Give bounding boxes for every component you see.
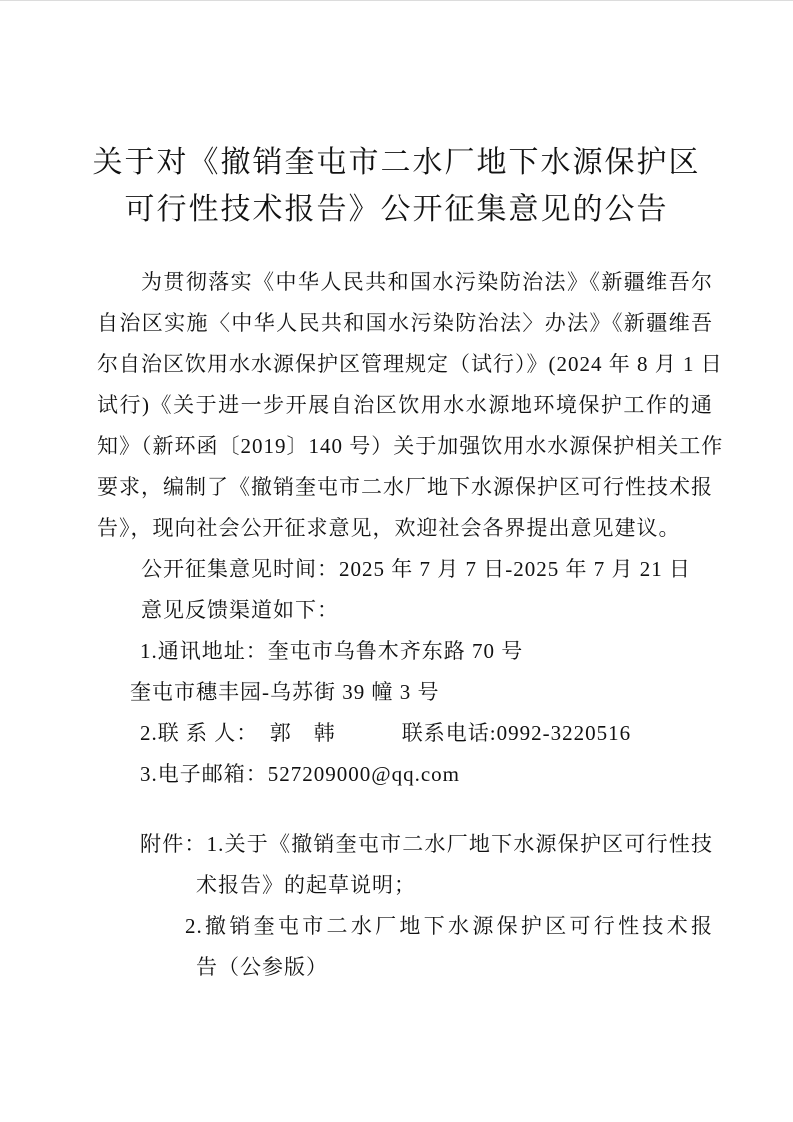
document-page: 关于对《撤销奎屯市二水厂地下水源保护区 可行性技术报告》公开征集意见的公告 为贯… — [0, 0, 793, 1122]
collection-period-line: 公开征集意见时间：2025 年 7 月 7 日-2025 年 7 月 21 日 — [97, 549, 713, 590]
attachment-line-4: 告（公参版） — [196, 947, 713, 988]
body-paragraph-line: 告》，现向社会公开征求意见，欢迎社会各界提出意见建议。 — [97, 508, 713, 549]
body-paragraph-line: 尔自治区饮用水水源保护区管理规定（试行）》(2024 年 8 月 1 日 — [97, 344, 713, 385]
notice-title-line-2: 可行性技术报告》公开征集意见的公告 — [0, 186, 793, 233]
body-paragraph-line: 自治区实施〈中华人民共和国水污染防治法〉办法》《新疆维吾 — [97, 303, 713, 344]
mailing-address-line-2: 奎屯市穗丰园-乌苏街 39 幢 3 号 — [130, 672, 713, 713]
notice-title: 关于对《撤销奎屯市二水厂地下水源保护区 可行性技术报告》公开征集意见的公告 — [0, 139, 793, 233]
feedback-channels-line: 意见反馈渠道如下： — [97, 590, 713, 631]
body-paragraph-line: 为贯彻落实《中华人民共和国水污染防治法》《新疆维吾尔 — [97, 262, 713, 303]
email-line: 3.电子邮箱：527209000@qq.com — [140, 754, 713, 795]
attachment-line-1: 附件：1.关于《撤销奎屯市二水厂地下水源保护区可行性技 — [140, 824, 713, 865]
mailing-address-line-1: 1.通讯地址：奎屯市乌鲁木齐东路 70 号 — [140, 631, 713, 672]
notice-body: 为贯彻落实《中华人民共和国水污染防治法》《新疆维吾尔 自治区实施〈中华人民共和国… — [97, 262, 713, 988]
notice-title-line-1: 关于对《撤销奎屯市二水厂地下水源保护区 — [0, 139, 793, 186]
body-paragraph-line: 知》（新环函〔2019〕140 号）关于加强饮用水水源保护相关工作 — [97, 426, 713, 467]
body-paragraph-line: 试行)《关于进一步开展自治区饮用水水源地环境保护工作的通 — [97, 385, 713, 426]
body-paragraph-line: 要求，编制了《撤销奎屯市二水厂地下水源保护区可行性技术报 — [97, 467, 713, 508]
attachment-line-2: 术报告》的起草说明； — [196, 865, 713, 906]
attachment-line-3: 2.撤销奎屯市二水厂地下水源保护区可行性技术报 — [185, 906, 713, 947]
attachments-block: 附件：1.关于《撤销奎屯市二水厂地下水源保护区可行性技 术报告》的起草说明； 2… — [97, 824, 713, 988]
contact-person-line: 2.联 系 人： 郭 韩 联系电话:0992-3220516 — [140, 713, 713, 754]
